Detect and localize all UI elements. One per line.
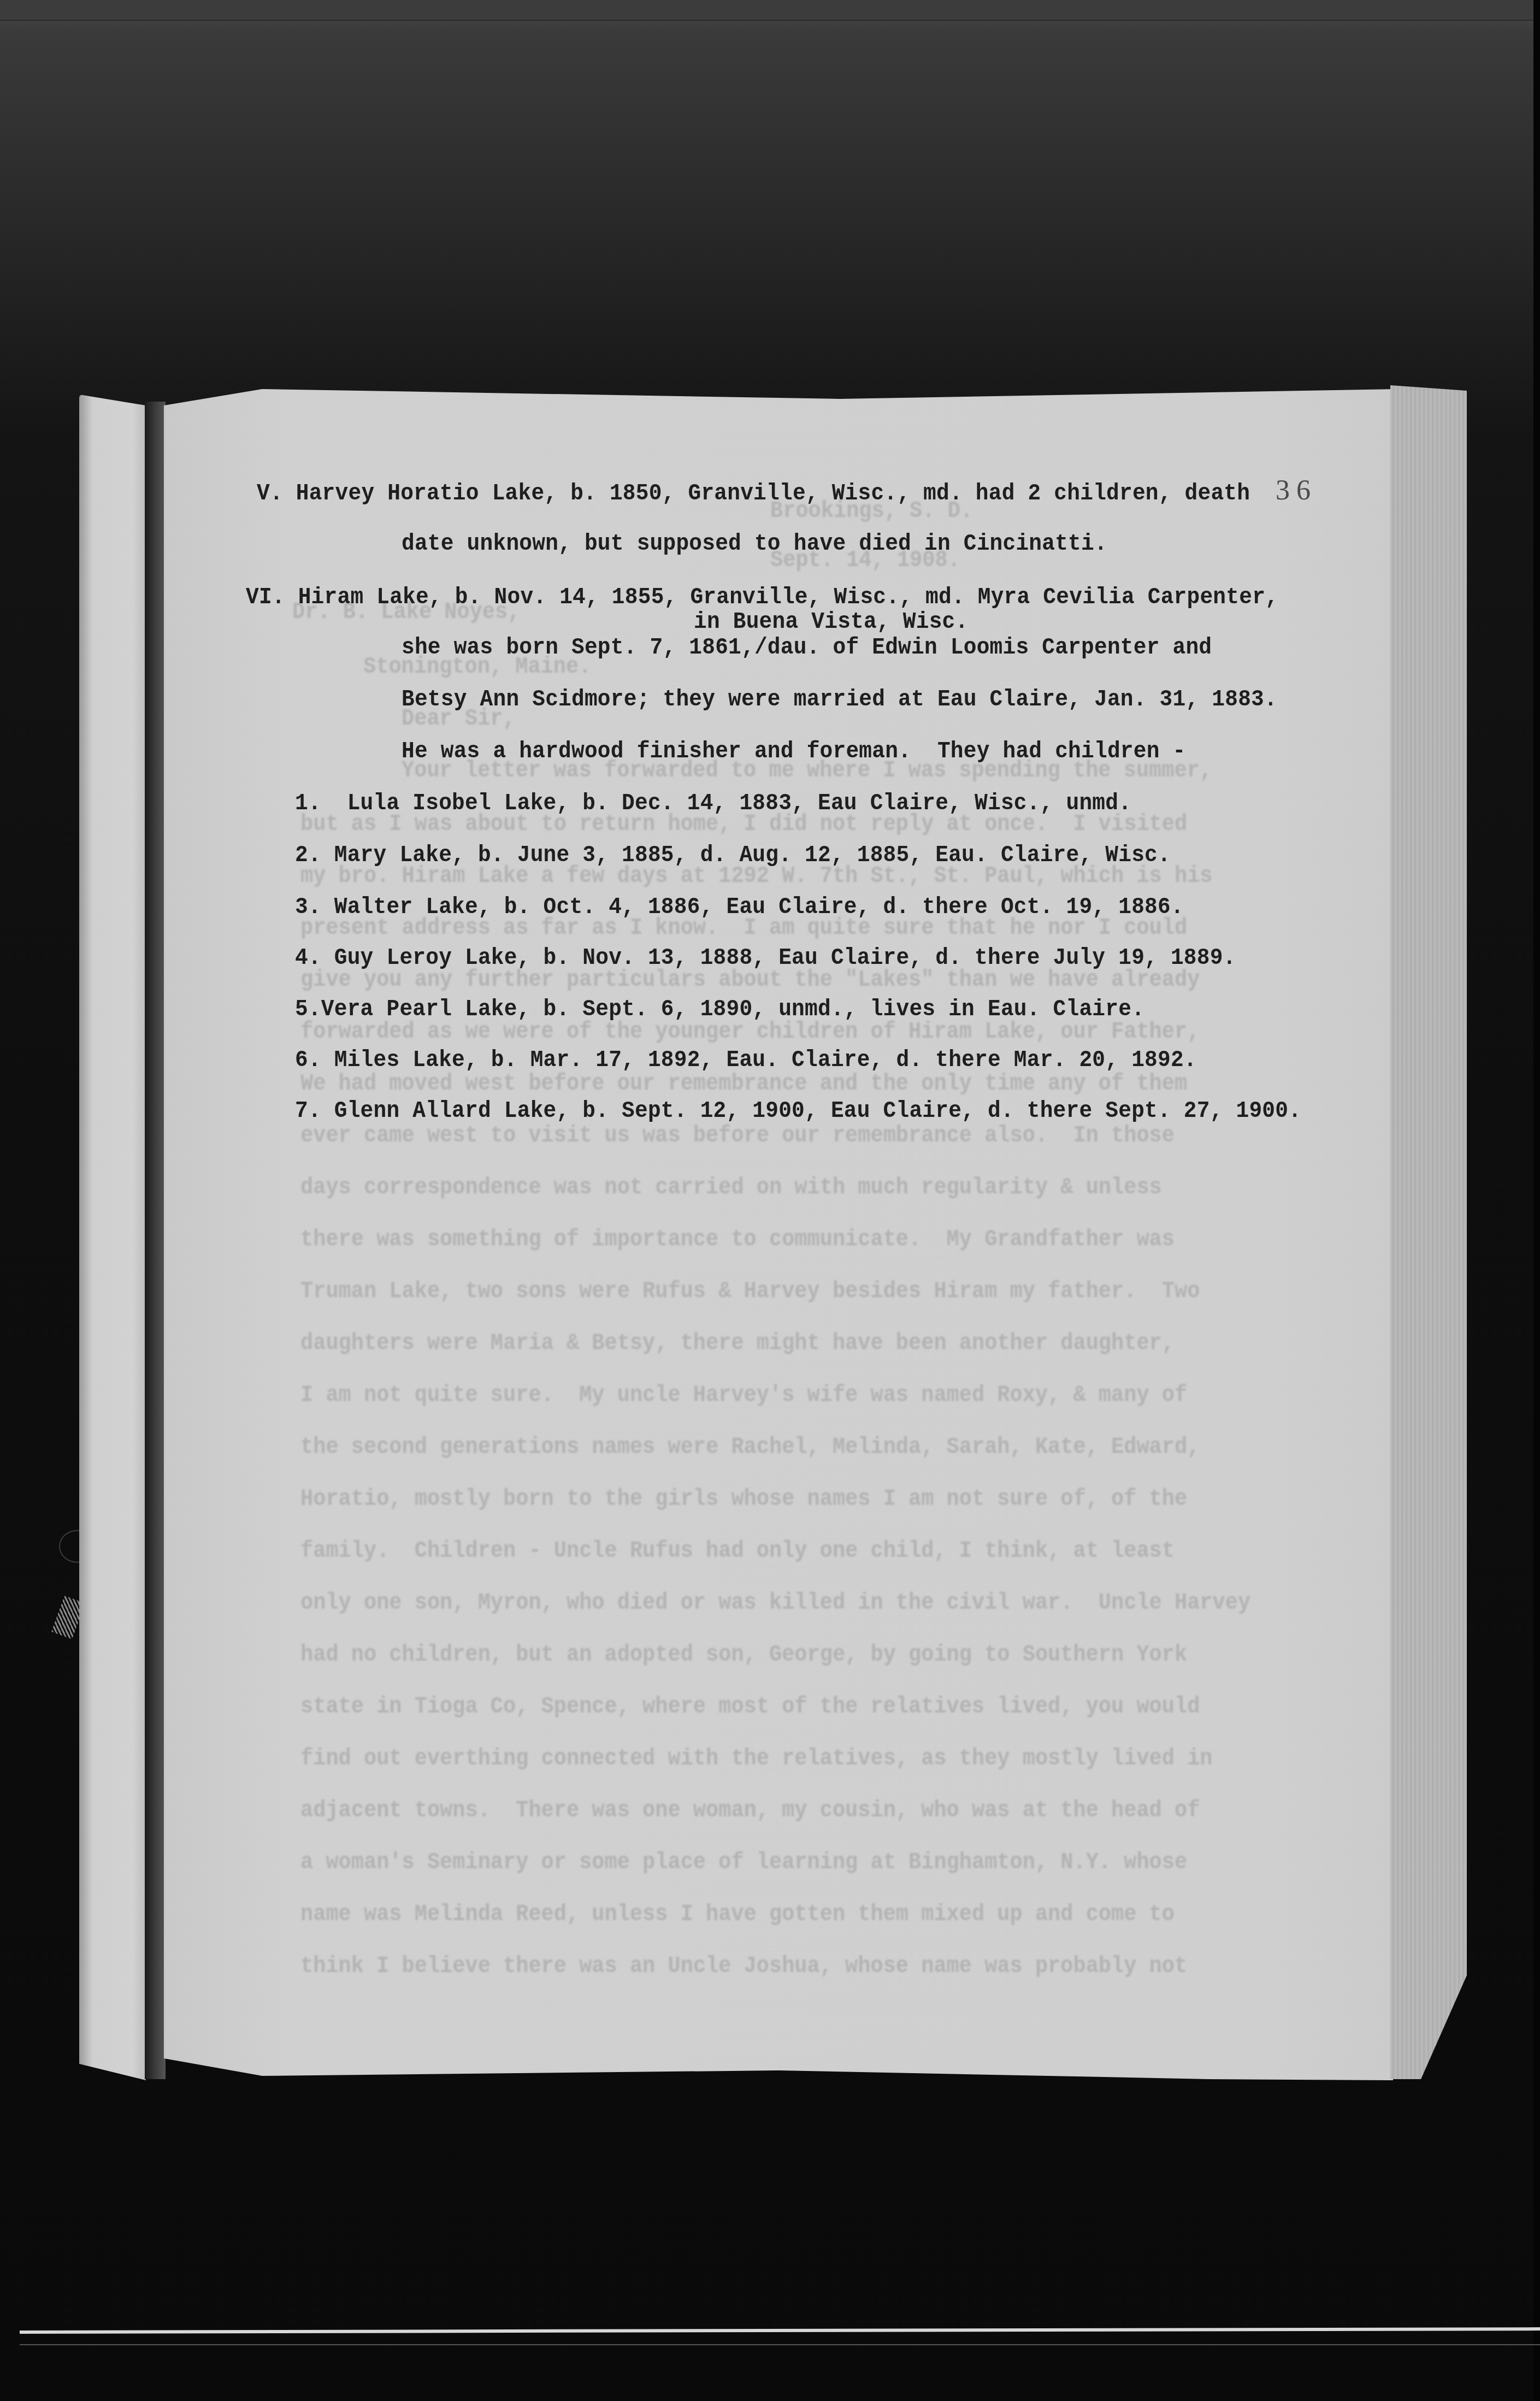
child-entry: 7. Glenn Allard Lake, b. Sept. 12, 1900,…: [295, 1097, 1301, 1125]
page-number: 36: [1276, 474, 1317, 507]
child-entry: 6. Miles Lake, b. Mar. 17, 1892, Eau. Cl…: [295, 1046, 1197, 1074]
child-entry: 2. Mary Lake, b. June 3, 1885, d. Aug. 1…: [295, 841, 1171, 869]
entry-vi-line-2: in Buena Vista, Wisc.: [694, 608, 968, 635]
entry-v-line-2: date unknown, but supposed to have died …: [402, 530, 1107, 557]
child-entry: 4. Guy Leroy Lake, b. Nov. 13, 1888, Eau…: [295, 944, 1236, 972]
entry-v-line-1: V. Harvey Horatio Lake, b. 1850, Granvil…: [257, 480, 1250, 507]
child-entry: 1. Lula Isobel Lake, b. Dec. 14, 1883, E…: [295, 790, 1131, 817]
entry-vi-line-1: VI. Hiram Lake, b. Nov. 14, 1855, Granvi…: [246, 584, 1278, 611]
typed-text: V. Harvey Horatio Lake, b. 1850, Granvil…: [0, 0, 1540, 2401]
entry-vi-line-3: she was born Sept. 7, 1861,/dau. of Edwi…: [402, 634, 1212, 661]
entry-vi-line-4: Betsy Ann Scidmore; they were married at…: [402, 686, 1277, 713]
child-entry: 5.Vera Pearl Lake, b. Sept. 6, 1890, unm…: [295, 996, 1144, 1023]
child-entry: 3. Walter Lake, b. Oct. 4, 1886, Eau Cla…: [295, 893, 1184, 921]
entry-vi-line-5: He was a hardwood finisher and foreman. …: [402, 738, 1185, 765]
